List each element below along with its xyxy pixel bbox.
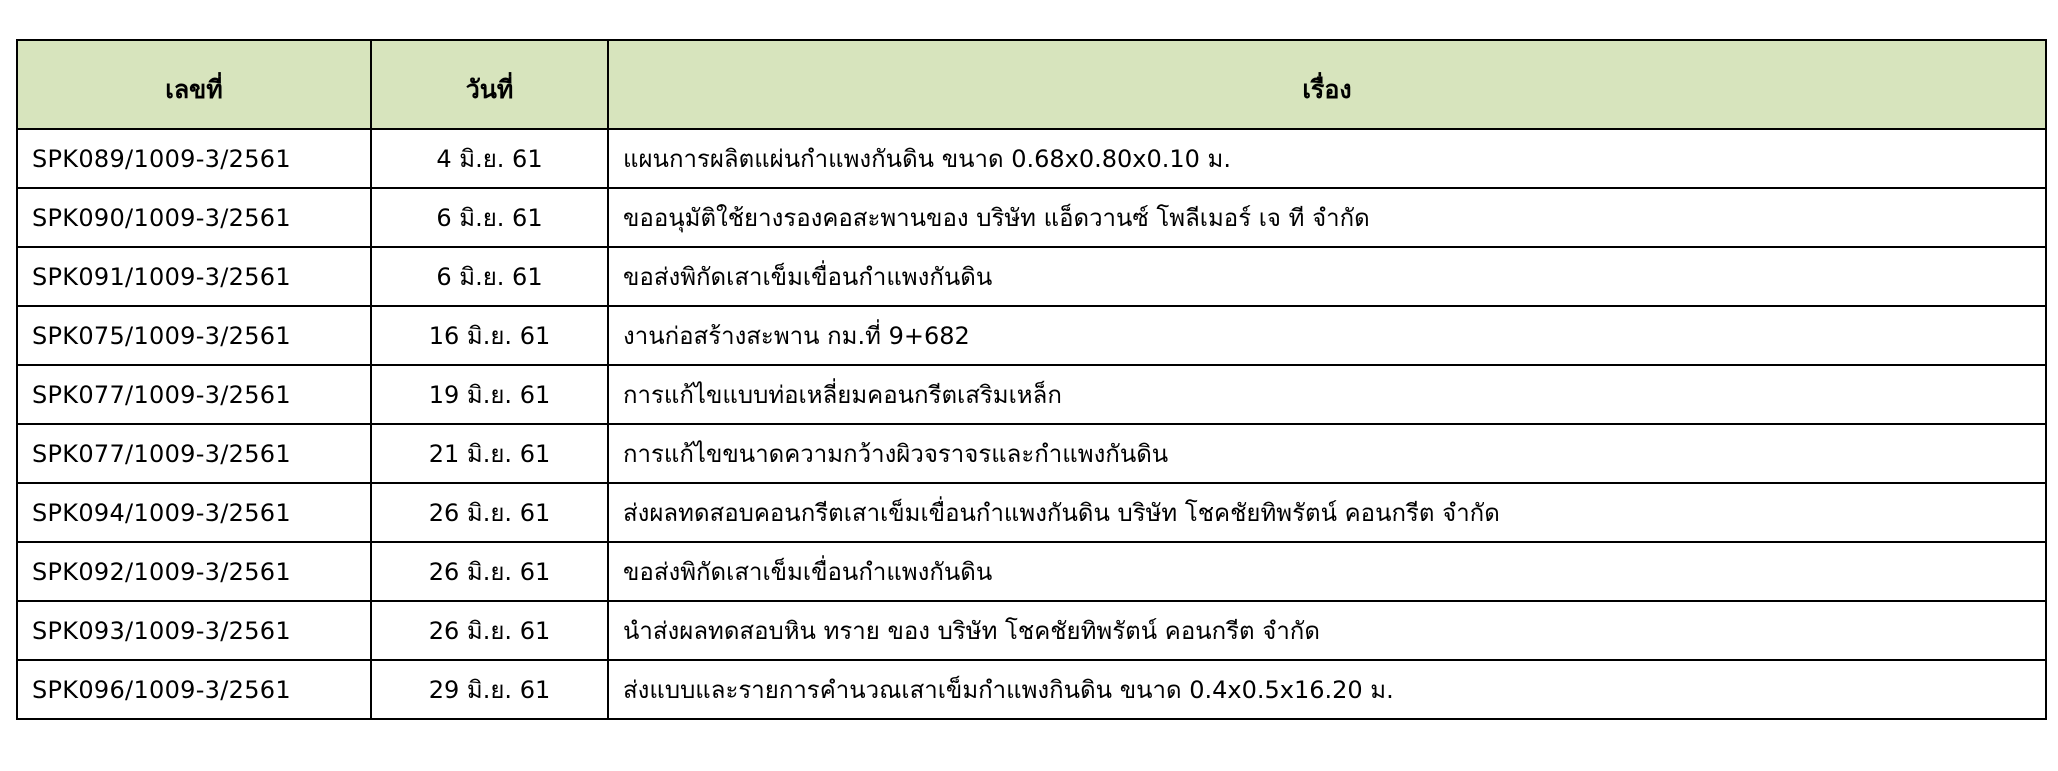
document-number: SPK093/1009-3/2561 xyxy=(17,601,371,660)
document-number: SPK092/1009-3/2561 xyxy=(17,542,371,601)
document-subject: ส่งผลทดสอบคอนกรีตเสาเข็มเขื่อนกำแพงกันดิ… xyxy=(608,483,2046,542)
document-number: SPK089/1009-3/2561 xyxy=(17,129,371,188)
document-date: 6 มิ.ย. 61 xyxy=(371,247,608,306)
table-header: เลขที่ วันที่ เรื่อง xyxy=(17,40,2046,129)
document-subject: การแก้ไขแบบท่อเหลี่ยมคอนกรีตเสริมเหล็ก xyxy=(608,365,2046,424)
document-number: SPK094/1009-3/2561 xyxy=(17,483,371,542)
document-date: 19 มิ.ย. 61 xyxy=(371,365,608,424)
header-row: เลขที่ วันที่ เรื่อง xyxy=(17,40,2046,129)
document-number: SPK091/1009-3/2561 xyxy=(17,247,371,306)
document-date: 6 มิ.ย. 61 xyxy=(371,188,608,247)
document-number: SPK090/1009-3/2561 xyxy=(17,188,371,247)
document-subject: นำส่งผลทดสอบหิน ทราย ของ บริษัท โชคชัยทิ… xyxy=(608,601,2046,660)
document-number: SPK077/1009-3/2561 xyxy=(17,365,371,424)
document-date: 21 มิ.ย. 61 xyxy=(371,424,608,483)
document-date: 4 มิ.ย. 61 xyxy=(371,129,608,188)
document-date: 26 มิ.ย. 61 xyxy=(371,483,608,542)
table-body: SPK089/1009-3/2561 4 มิ.ย. 61 แผนการผลิต… xyxy=(17,129,2046,719)
document-date: 16 มิ.ย. 61 xyxy=(371,306,608,365)
table-row: SPK089/1009-3/2561 4 มิ.ย. 61 แผนการผลิต… xyxy=(17,129,2046,188)
table-row: SPK091/1009-3/2561 6 มิ.ย. 61 ขอส่งพิกัด… xyxy=(17,247,2046,306)
document-subject: แผนการผลิตแผ่นกำแพงกันดิน ขนาด 0.68x0.80… xyxy=(608,129,2046,188)
table-row: SPK096/1009-3/2561 29 มิ.ย. 61 ส่งแบบและ… xyxy=(17,660,2046,719)
table-row: SPK092/1009-3/2561 26 มิ.ย. 61 ขอส่งพิกั… xyxy=(17,542,2046,601)
column-header-number: เลขที่ xyxy=(17,40,371,129)
document-number: SPK075/1009-3/2561 xyxy=(17,306,371,365)
table-row: SPK094/1009-3/2561 26 มิ.ย. 61 ส่งผลทดสอ… xyxy=(17,483,2046,542)
document-subject: ขอส่งพิกัดเสาเข็มเขื่อนกำแพงกันดิน xyxy=(608,247,2046,306)
document-subject: ขอส่งพิกัดเสาเข็มเขื่อนกำแพงกันดิน xyxy=(608,542,2046,601)
table-row: SPK075/1009-3/2561 16 มิ.ย. 61 งานก่อสร้… xyxy=(17,306,2046,365)
document-date: 26 มิ.ย. 61 xyxy=(371,542,608,601)
column-header-subject: เรื่อง xyxy=(608,40,2046,129)
document-subject: งานก่อสร้างสะพาน กม.ที่ 9+682 xyxy=(608,306,2046,365)
document-number: SPK077/1009-3/2561 xyxy=(17,424,371,483)
table-row: SPK093/1009-3/2561 26 มิ.ย. 61 นำส่งผลทด… xyxy=(17,601,2046,660)
column-header-date: วันที่ xyxy=(371,40,608,129)
document-register-table: เลขที่ วันที่ เรื่อง SPK089/1009-3/2561 … xyxy=(16,39,2047,720)
document-date: 29 มิ.ย. 61 xyxy=(371,660,608,719)
document-subject: การแก้ไขขนาดความกว้างผิวจราจรและกำแพงกัน… xyxy=(608,424,2046,483)
document-subject: ขออนุมัติใช้ยางรองคอสะพานของ บริษัท แอ็ด… xyxy=(608,188,2046,247)
table-row: SPK077/1009-3/2561 21 มิ.ย. 61 การแก้ไขข… xyxy=(17,424,2046,483)
document-subject: ส่งแบบและรายการคำนวณเสาเข็มกำแพงกินดิน ข… xyxy=(608,660,2046,719)
document-number: SPK096/1009-3/2561 xyxy=(17,660,371,719)
document-date: 26 มิ.ย. 61 xyxy=(371,601,608,660)
table-row: SPK090/1009-3/2561 6 มิ.ย. 61 ขออนุมัติใ… xyxy=(17,188,2046,247)
table-row: SPK077/1009-3/2561 19 มิ.ย. 61 การแก้ไขแ… xyxy=(17,365,2046,424)
